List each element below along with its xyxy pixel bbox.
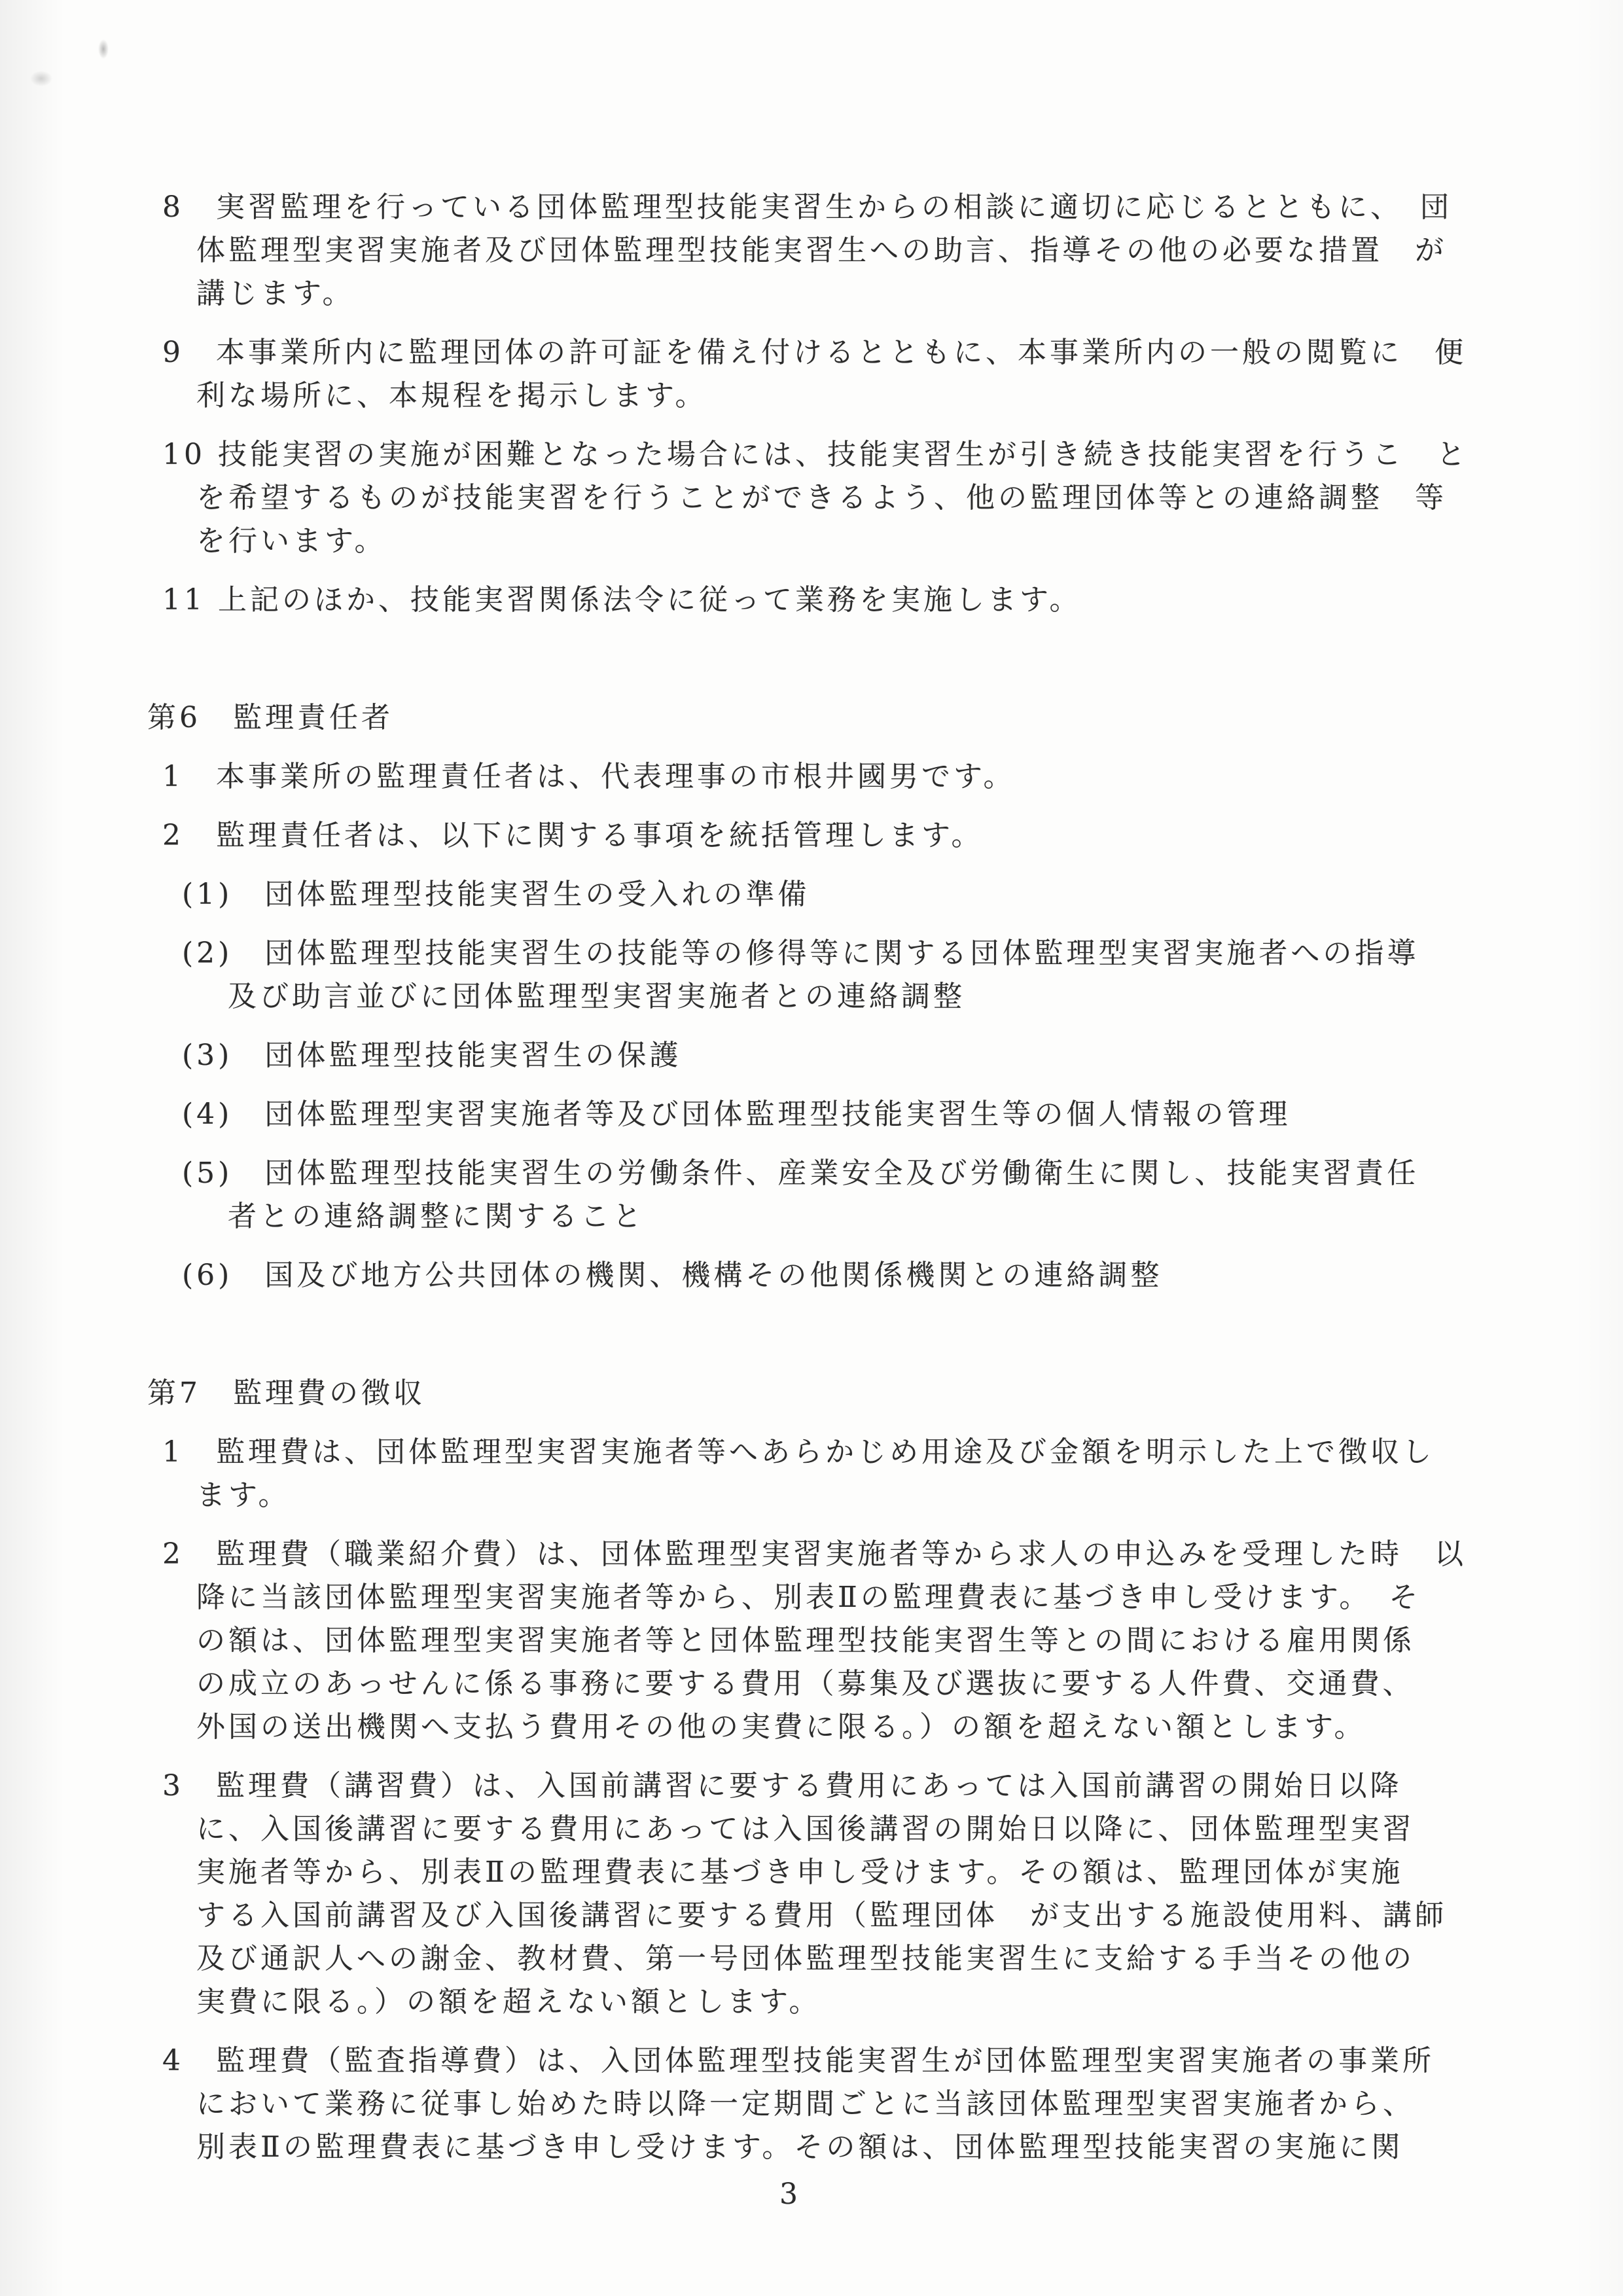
- section-6-clause-2: 2 監理責任者は、以下に関する事項を統括管理します。: [0, 814, 1525, 857]
- clause-10: 10 技能実習の実施が困難となった場合には、技能実習生が引き続き技能実習を行うこ…: [0, 433, 1525, 563]
- section-7-clause-1: 1 監理費は、団体監理型実習実施者等へあらかじめ用途及び金額を明示した上で徴収し…: [0, 1431, 1525, 1517]
- document-page: 8 実習監理を行っている団体監理型技能実習生からの相談に適切に応じるとともに、 …: [0, 0, 1623, 2296]
- clause-9: 9 本事業所内に監理団体の許可証を備え付けるとともに、本事業所内の一般の閲覧に …: [0, 331, 1525, 418]
- section-7-clause-4: 4 監理費（監査指導費）は、入団体監理型技能実習生が団体監理型実習実施者の事業所…: [0, 2039, 1525, 2169]
- section-6-subclause-2: (2) 団体監理型技能実習生の技能等の修得等に関する団体監理型実習実施者への指導…: [0, 932, 1525, 1018]
- section-6-subclause-6: (6) 国及び地方公共団体の機関、機構その他関係機関との連絡調整: [0, 1254, 1525, 1297]
- clause-8: 8 実習監理を行っている団体監理型技能実習生からの相談に適切に応じるとともに、 …: [0, 186, 1525, 315]
- section-6-subclause-5: (5) 団体監理型技能実習生の労働条件、産業安全及び労働衛生に関し、技能実習責任…: [0, 1152, 1525, 1238]
- clause-11: 11 上記のほか、技能実習関係法令に従って業務を実施します。: [0, 579, 1525, 622]
- section-6-clause-1: 1 本事業所の監理責任者は、代表理事の市根井國男です。: [0, 755, 1525, 798]
- scan-smudge-artifact: [30, 71, 52, 86]
- page-number: 3: [0, 2178, 1577, 2212]
- section-7-clause-3: 3 監理費（講習費）は、入国前講習に要する費用にあっては入国前講習の開始日以降 …: [0, 1765, 1525, 2024]
- section-6-subclause-3: (3) 団体監理型技能実習生の保護: [0, 1034, 1525, 1077]
- section-6-heading: 第6 監理責任者: [147, 696, 1525, 740]
- section-6-subclause-4: (4) 団体監理型実習実施者等及び団体監理型技能実習生等の個人情報の管理: [0, 1093, 1525, 1136]
- document-body: 8 実習監理を行っている団体監理型技能実習生からの相談に適切に応じるとともに、 …: [0, 186, 1525, 2169]
- section-7-clause-2: 2 監理費（職業紹介費）は、団体監理型実習実施者等から求人の申込みを受理した時 …: [0, 1533, 1525, 1749]
- section-7-heading: 第7 監理費の徴収: [147, 1372, 1525, 1415]
- section-6-subclause-1: (1) 団体監理型技能実習生の受入れの準備: [0, 873, 1525, 916]
- scan-smudge-artifact: [98, 39, 109, 59]
